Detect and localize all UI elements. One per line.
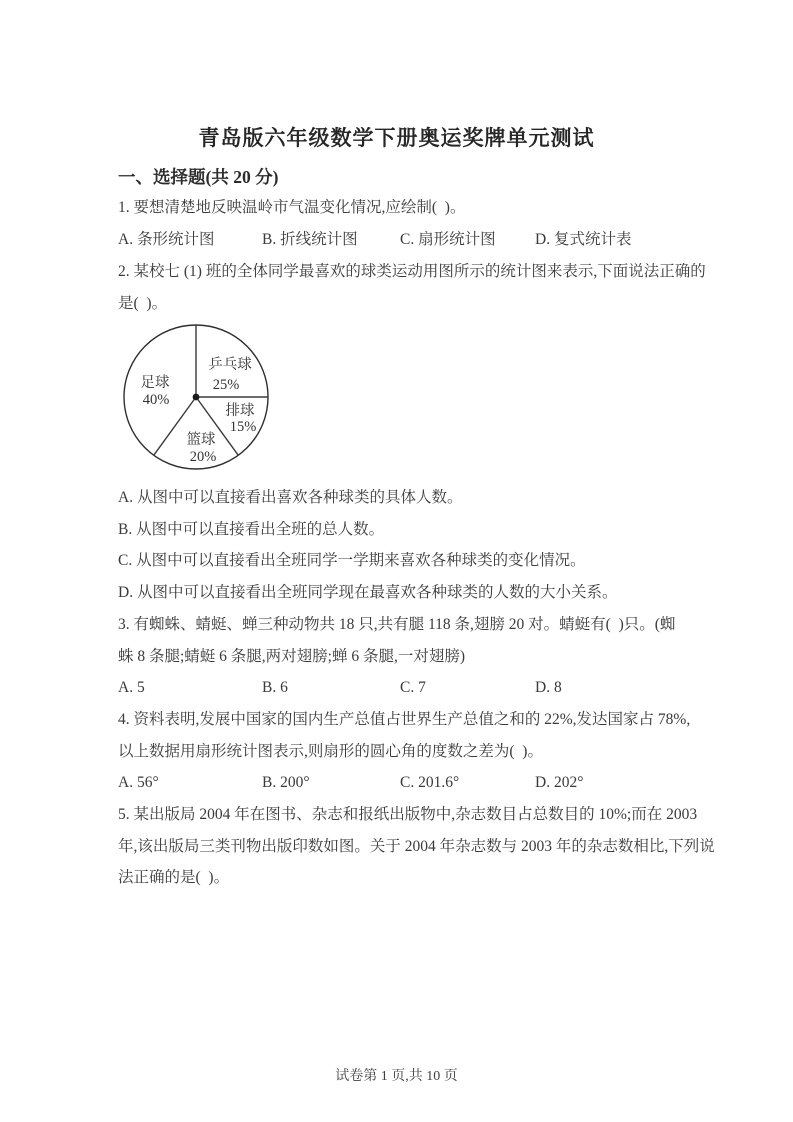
question-5-text-line-2: 年,该出版局三类刊物出版印数如图。关于 2004 年杂志数与 2003 年的杂志… [118, 837, 698, 857]
question-3-options: A. 5 B. 6 C. 7 D. 8 [118, 678, 698, 698]
question-2-option-a: A. 从图中可以直接看出喜欢各种球类的具体人数。 [118, 488, 698, 508]
question-1-option-c: C. 扇形统计图 [400, 230, 496, 250]
pie-value-volleyball: 15% [230, 419, 257, 435]
footer-page-number: 试卷第 1 页,共 10 页 [0, 1065, 793, 1085]
question-3-option-a: A. 5 [118, 678, 145, 698]
question-1-option-a: A. 条形统计图 [118, 230, 214, 250]
pie-label-basketball: 篮球 [187, 431, 216, 448]
question-3-text-line-1: 3. 有蜘蛛、蜻蜓、蝉三种动物共 18 只,共有腿 118 条,翅膀 20 对。… [118, 615, 698, 635]
document-title: 青岛版六年级数学下册奥运奖牌单元测试 [0, 122, 793, 152]
pie-value-basketball: 20% [190, 449, 217, 465]
question-2-text-line-1: 2. 某校七 (1) 班的全体同学最喜欢的球类运动用图所示的统计图来表示,下面说… [118, 262, 698, 282]
question-2-text-line-2: 是( )。 [118, 294, 698, 314]
section-heading: 一、选择题(共 20 分) [118, 164, 278, 189]
question-1-options: A. 条形统计图 B. 折线统计图 C. 扇形统计图 D. 复式统计表 [118, 230, 698, 250]
question-3-option-d: D. 8 [535, 678, 562, 698]
question-2-option-b: B. 从图中可以直接看出全班的总人数。 [118, 520, 698, 540]
question-4-option-c: C. 201.6° [400, 773, 459, 793]
question-5-text-line-3: 法正确的是( )。 [118, 868, 698, 888]
exam-document-page: 青岛版六年级数学下册奥运奖牌单元测试 一、选择题(共 20 分) 1. 要想清楚… [0, 0, 793, 1122]
question-4-options: A. 56° B. 200° C. 201.6° D. 202° [118, 773, 698, 793]
question-1-option-d: D. 复式统计表 [535, 230, 631, 250]
question-3-text-line-2: 蛛 8 条腿;蜻蜓 6 条腿,两对翅膀;蝉 6 条腿,一对翅膀) [118, 647, 698, 667]
question-4-option-a: A. 56° [118, 773, 159, 793]
question-2-option-c: C. 从图中可以直接看出全班同学一学期来喜欢各种球类的变化情况。 [118, 551, 698, 571]
question-3-option-c: C. 7 [400, 678, 426, 698]
pie-value-football: 40% [143, 392, 170, 408]
pie-label-football: 足球 [141, 374, 170, 391]
pie-label-pingpong: 乒乓球 [208, 356, 252, 373]
pie-center-dot [193, 394, 200, 401]
question-5-text-line-1: 5. 某出版局 2004 年在图书、杂志和报纸出版物中,杂志数目占总数目的 10… [118, 805, 698, 825]
question-1-option-b: B. 折线统计图 [262, 230, 358, 250]
question-4-option-b: B. 200° [262, 773, 310, 793]
question-1-text: 1. 要想清楚地反映温岭市气温变化情况,应绘制( )。 [118, 198, 698, 218]
pie-chart: 乒乓球 25% 排球 15% 篮球 20% 足球 40% [118, 319, 278, 475]
pie-value-pingpong: 25% [213, 377, 240, 393]
question-4-text-line-1: 4. 资料表明,发展中国家的国内生产总值占世界生产总值之和的 22%,发达国家占… [118, 710, 698, 730]
question-4-option-d: D. 202° [535, 773, 583, 793]
question-4-text-line-2: 以上数据用扇形统计图表示,则扇形的圆心角的度数之差为( )。 [118, 742, 698, 762]
question-3-option-b: B. 6 [262, 678, 288, 698]
question-2-option-d: D. 从图中可以直接看出全班同学现在最喜欢各种球类的人数的大小关系。 [118, 583, 698, 603]
pie-label-volleyball: 排球 [226, 402, 255, 419]
